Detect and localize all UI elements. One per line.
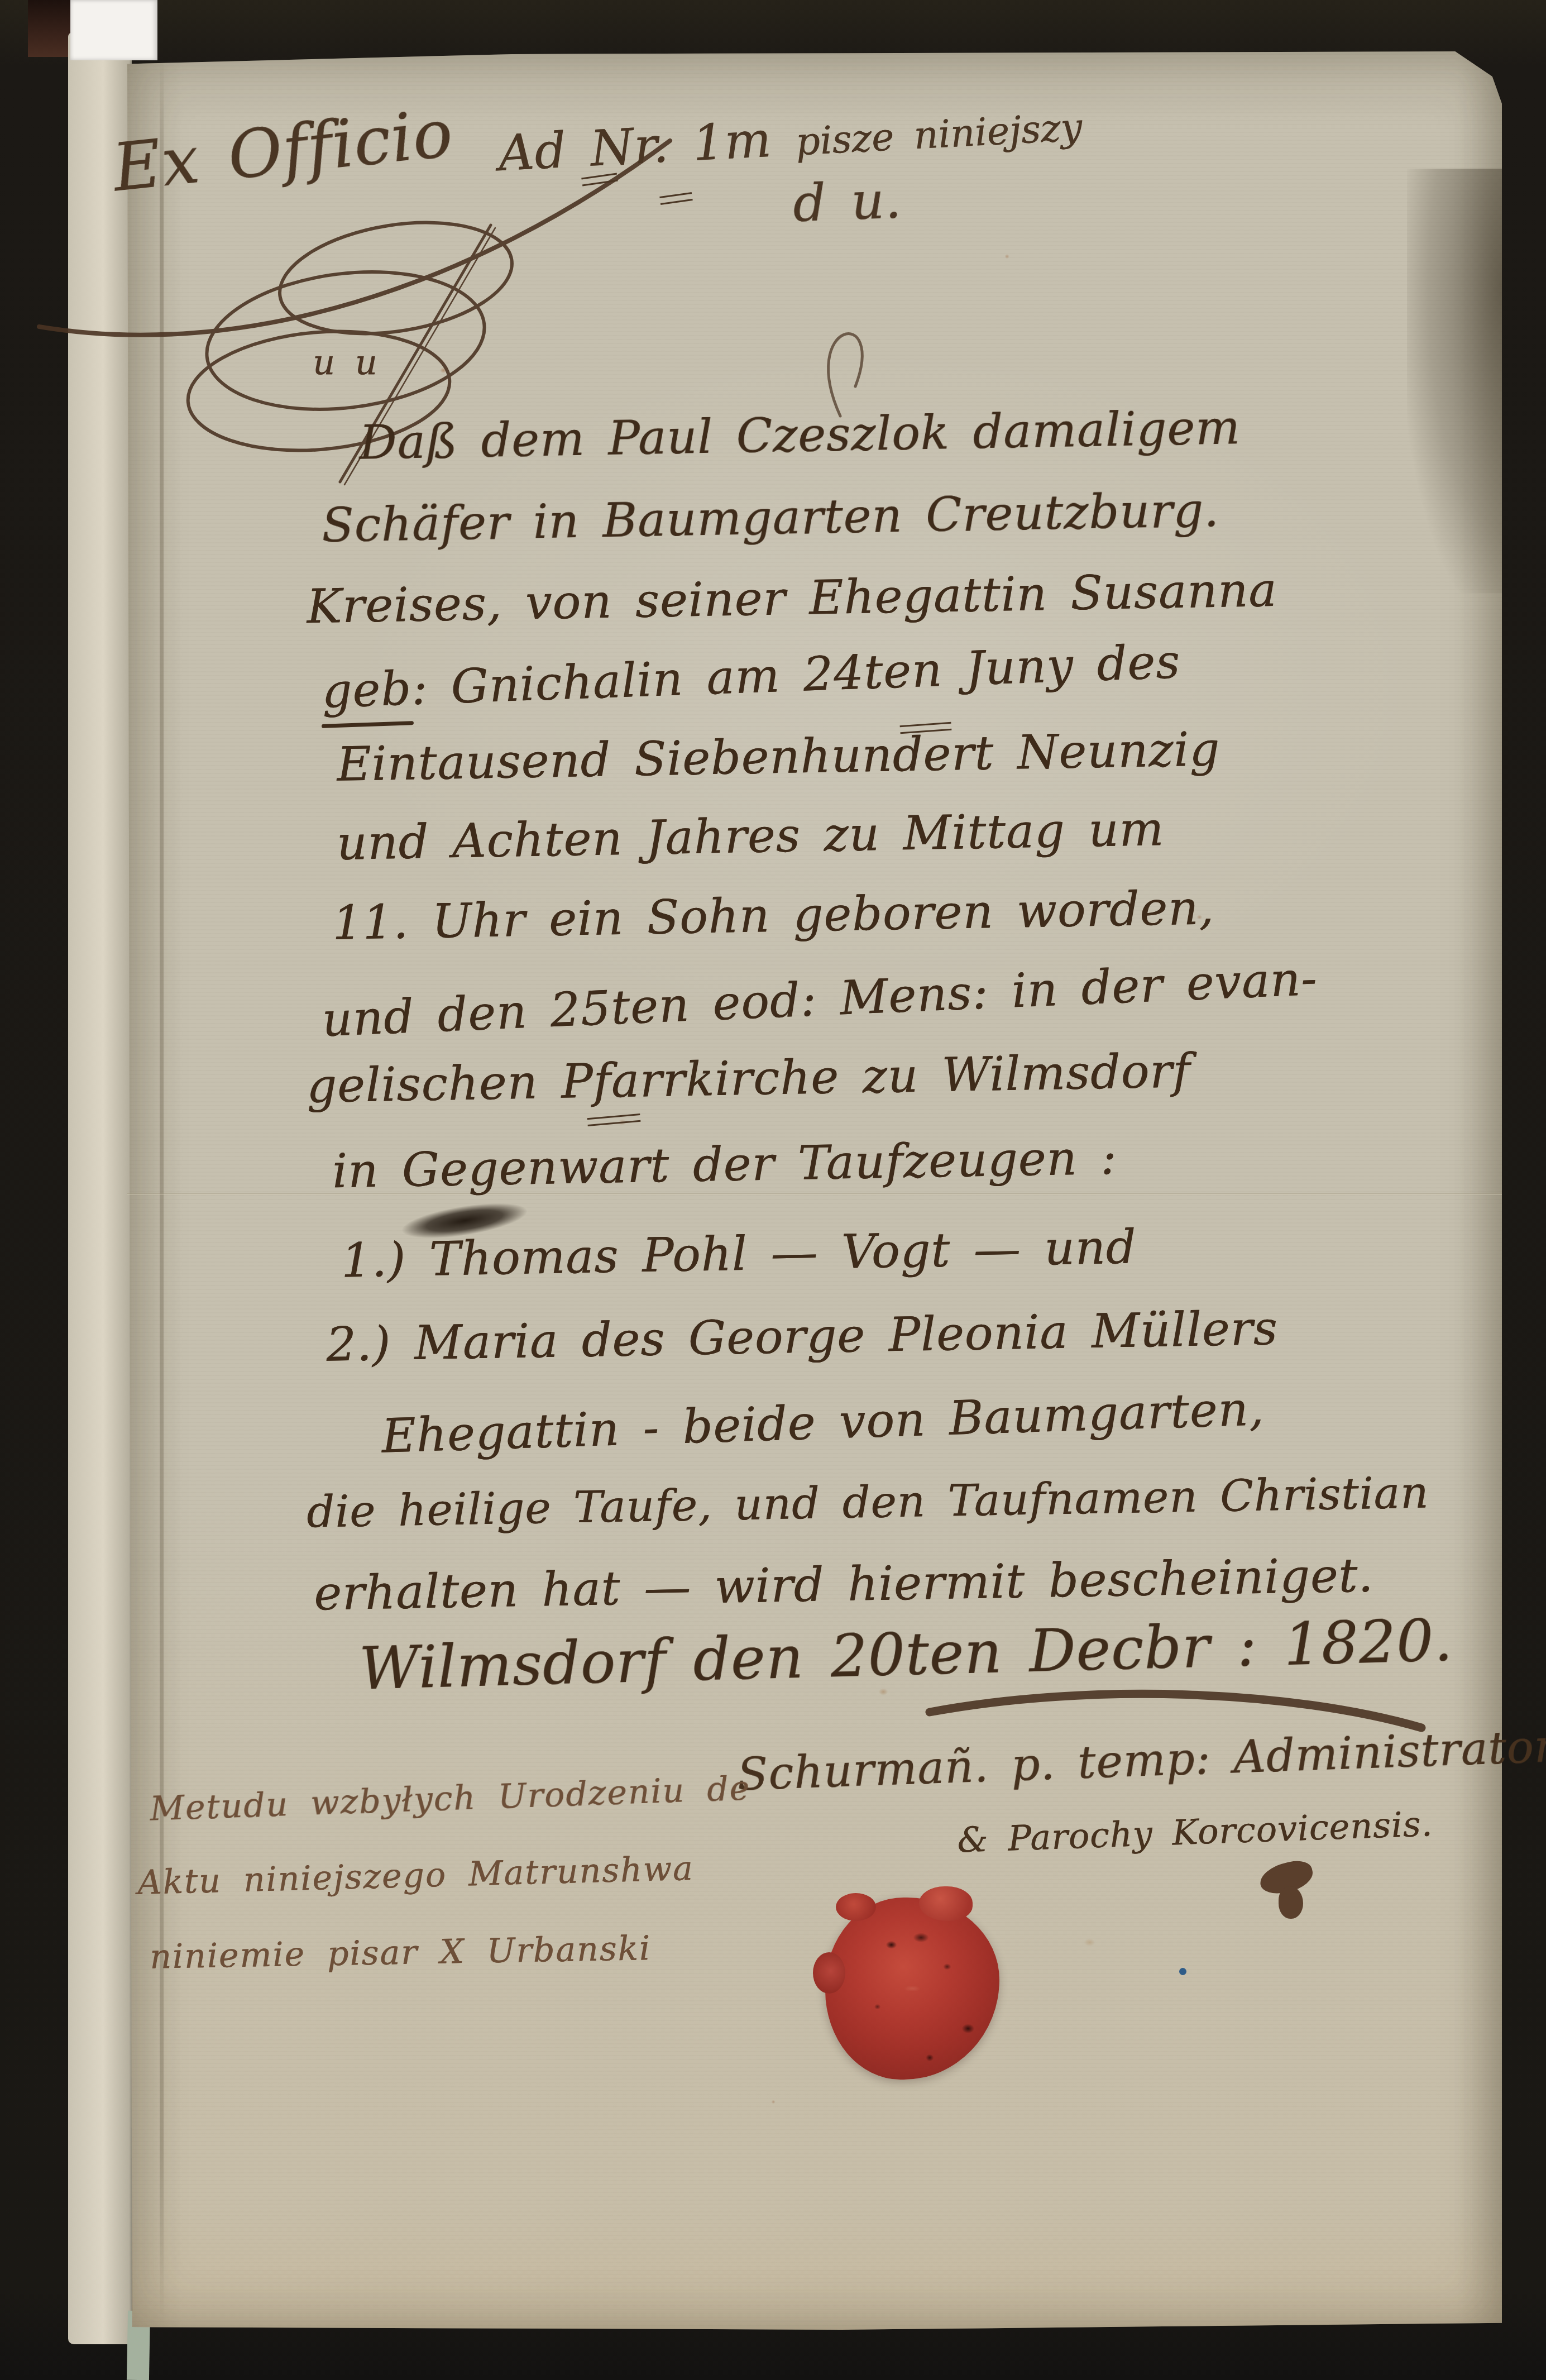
blue-ink-dot [1179,1968,1186,1975]
registry-reference-initials: d u. [792,170,902,234]
scanned-document-photo: Ex Officio Ad Nr. 1m pisze niniejszy d u… [0,0,1546,2380]
capital-letter-ascender-loop [829,334,863,416]
ink-blot [1260,1863,1327,1930]
dateline-strike-flourish [930,1694,1421,1728]
paraph-inner-marks: u u [313,342,378,383]
ink-blot-part [1279,1886,1303,1919]
